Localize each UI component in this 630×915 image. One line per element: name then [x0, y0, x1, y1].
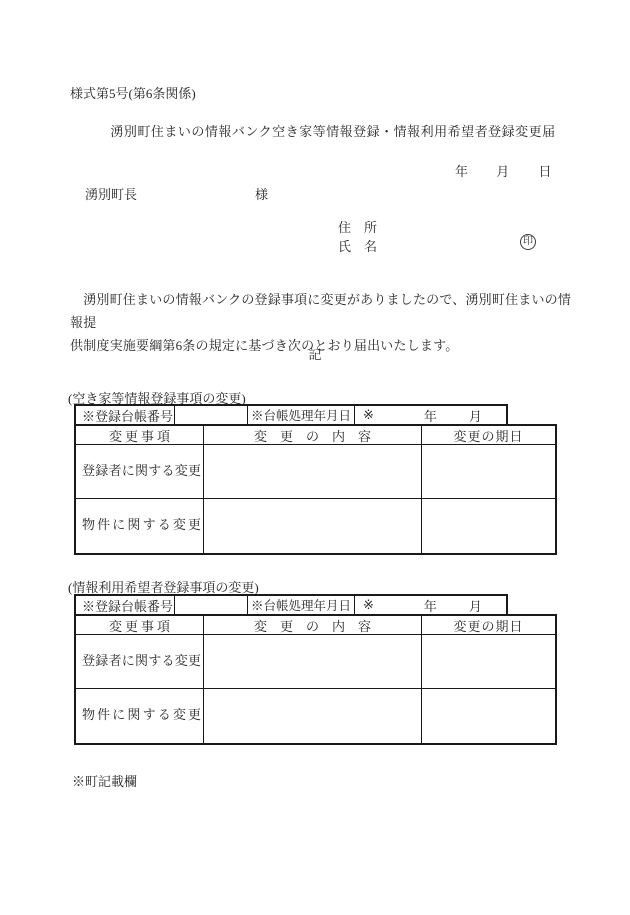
- process-date-value: ※ 年 月 日: [355, 596, 506, 614]
- change-table-info-user: 変更事項 変 更 の 内 容 変更の期日 登録者に関する変更 物件に関する変更: [74, 614, 557, 745]
- date-line: 年 月 日: [455, 161, 552, 180]
- process-date-mark: ※: [363, 597, 374, 613]
- table-header-row: 変更事項 変 更 の 内 容 変更の期日: [76, 616, 555, 635]
- header-change-item: 変更事項: [76, 616, 204, 634]
- process-date-label: ※台帳処理年月日: [248, 596, 355, 614]
- record-heading: 記: [0, 344, 630, 363]
- row-label-property-change: 物件に関する変更: [76, 499, 204, 553]
- header-change-date: 変更の期日: [422, 426, 555, 444]
- ledger-header-row: ※登録台帳番号 ※台帳処理年月日 ※ 年 月 日: [74, 594, 508, 616]
- row-label-property-change: 物件に関する変更: [76, 689, 204, 743]
- ledger-header-row: ※登録台帳番号 ※台帳処理年月日 ※ 年 月 日: [74, 404, 508, 426]
- seal-character: 印: [523, 237, 533, 247]
- header-change-date: 変更の期日: [422, 616, 555, 634]
- date-year-label: 年: [455, 164, 468, 179]
- ledger-number-value: [175, 596, 248, 614]
- body-line-1: 湧別町住まいの情報バンクの登録事項に変更がありましたので、湧別町住まいの情報提: [70, 288, 575, 334]
- process-date-value: ※ 年 月 日: [355, 406, 506, 424]
- process-date-month-label: 月: [469, 596, 482, 614]
- form-number: 様式第5号(第6条関係): [70, 83, 196, 102]
- address-label: 住 所: [338, 217, 377, 236]
- form-title: 湧別町住まいの情報バンク空き家等情報登録・情報利用希望者登録変更届: [0, 121, 630, 140]
- header-change-item: 変更事項: [76, 426, 204, 444]
- table-row: 登録者に関する変更: [76, 445, 555, 499]
- date-cell: [422, 635, 555, 688]
- table-row: 物件に関する変更: [76, 689, 555, 743]
- town-entry-note: ※町記載欄: [72, 771, 137, 790]
- ledger-number-value: [175, 406, 248, 424]
- date-cell: [422, 499, 555, 553]
- process-date-year-label: 年: [424, 596, 437, 614]
- addressee-name: 湧別町長: [85, 184, 137, 203]
- table-row: 登録者に関する変更: [76, 635, 555, 689]
- header-change-content: 変 更 の 内 容: [204, 616, 422, 634]
- process-date-year-label: 年: [424, 406, 437, 424]
- process-date-month-label: 月: [469, 406, 482, 424]
- date-month-label: 月: [496, 164, 509, 179]
- form-page: 様式第5号(第6条関係) 湧別町住まいの情報バンク空き家等情報登録・情報利用希望…: [0, 0, 630, 915]
- content-cell: [204, 635, 422, 688]
- header-change-content: 変 更 の 内 容: [204, 426, 422, 444]
- name-label: 氏 名: [338, 236, 377, 255]
- row-label-registrant-change: 登録者に関する変更: [76, 635, 204, 688]
- addressee-honorific: 様: [255, 184, 268, 203]
- date-cell: [422, 445, 555, 498]
- ledger-number-label: ※登録台帳番号: [76, 406, 175, 424]
- date-cell: [422, 689, 555, 743]
- process-date-label: ※台帳処理年月日: [248, 406, 355, 424]
- content-cell: [204, 499, 422, 553]
- change-table-vacant-house: 変更事項 変 更 の 内 容 変更の期日 登録者に関する変更 物件に関する変更: [74, 424, 557, 555]
- table-header-row: 変更事項 変 更 の 内 容 変更の期日: [76, 426, 555, 445]
- date-day-label: 日: [539, 164, 552, 179]
- content-cell: [204, 445, 422, 498]
- content-cell: [204, 689, 422, 743]
- process-date-mark: ※: [363, 407, 374, 423]
- ledger-number-label: ※登録台帳番号: [76, 596, 175, 614]
- table-row: 物件に関する変更: [76, 499, 555, 553]
- seal-stamp-icon: 印: [520, 234, 536, 250]
- row-label-registrant-change: 登録者に関する変更: [76, 445, 204, 498]
